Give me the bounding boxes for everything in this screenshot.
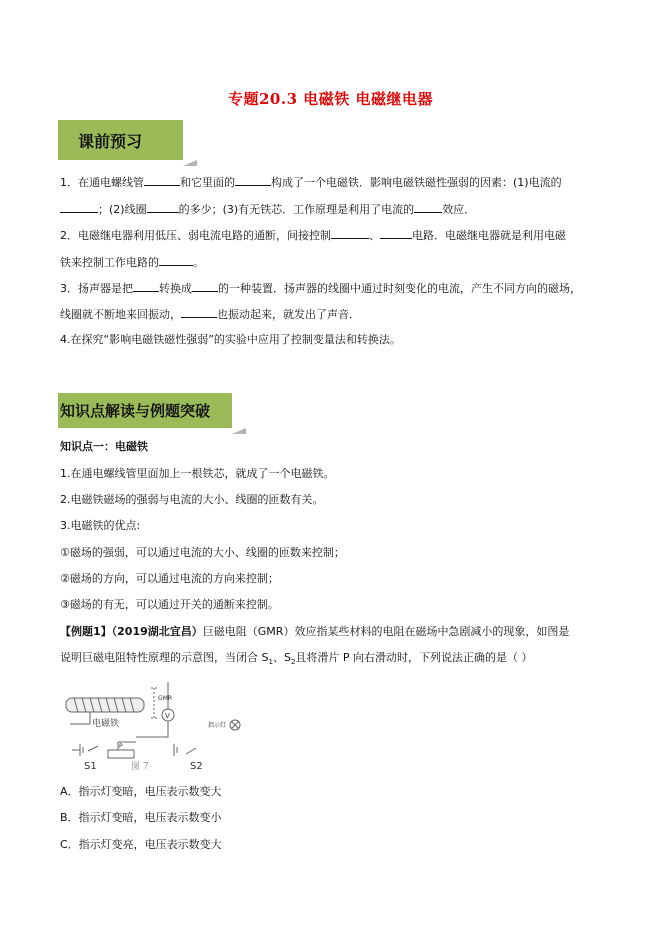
knowledge-line: 1.在通电螺线管里面加上一根铁芯，就成了一个电磁铁。	[60, 467, 335, 481]
knowledge-line: 3.电磁铁的优点:	[60, 519, 140, 533]
banner-label: 知识点解读与例题突破	[60, 400, 210, 421]
knowledge-point-title: 知识点一：电磁铁	[60, 440, 148, 454]
option-b[interactable]: B．指示灯变暗，电压表示数变小	[60, 811, 222, 825]
question-1-line-1: 1．在通电螺线管和它里面的构成了一个电磁铁．影响电磁铁磁性强弱的因素：(1)电流…	[60, 175, 562, 190]
text: 的一种装置．扬声器的线圈中通过时刻变化的电流，产生不同方向的磁场，	[218, 282, 581, 295]
label-s1: S1	[84, 761, 97, 772]
answer-blank[interactable]	[235, 175, 271, 186]
text: 效应．	[442, 203, 475, 216]
label-voltmeter: V	[165, 712, 170, 720]
label-slider: P	[119, 743, 123, 750]
circuit-diagram-icon: 电磁铁 GMR V 指示灯 P S1 图 7 S2	[62, 678, 257, 773]
answer-blank[interactable]	[181, 307, 217, 318]
answer-blank[interactable]	[192, 281, 218, 292]
option-a[interactable]: A．指示灯变暗，电压表示数变大	[60, 785, 222, 799]
answer-blank[interactable]	[414, 202, 442, 213]
answer-blank[interactable]	[144, 175, 180, 186]
question-2-line-1: 2．电磁继电器利用低压、弱电流电路的通断，间接控制、电路．电磁继电器就是利用电磁	[60, 228, 566, 243]
question-2-line-2: 铁来控制工作电路的。	[60, 255, 204, 270]
knowledge-line: ①磁场的强弱，可以通过电流的大小、线圈的匝数来控制；	[60, 546, 345, 560]
circuit-figure: 电磁铁 GMR V 指示灯 P S1 图 7 S2	[62, 678, 257, 773]
text: 铁来控制工作电路的	[60, 256, 159, 269]
banner-label: 课前预习	[78, 129, 142, 152]
text: 、S	[273, 651, 291, 664]
text: 且将滑片 P 向右滑动时，下列说法正确的是（ ）	[295, 651, 532, 664]
example-line-2: 说明巨磁电阻特性原理的示意图，当闭合 S1、S2且将滑片 P 向右滑动时，下列说…	[60, 651, 533, 669]
answer-blank[interactable]	[159, 255, 193, 266]
banner-shadow	[232, 428, 246, 434]
text: 2．电磁继电器利用低压、弱电流电路的通断，间接控制	[60, 229, 331, 242]
text: 、	[369, 229, 380, 242]
answer-blank[interactable]	[133, 281, 159, 292]
question-1-line-2: ；(2)线圈的多少；(3)有无铁芯．工作原理是利用了电流的效应．	[60, 202, 475, 217]
label-magnet: 电磁铁	[92, 717, 119, 729]
text: 巨磁电阻（GMR）效应指某些材料的电阻在磁场中急剧减小的现象，如图是	[203, 625, 570, 638]
section-banner-preview: 课前预习	[58, 120, 183, 160]
label-lamp: 指示灯	[208, 721, 226, 729]
knowledge-line: ②磁场的方向，可以通过电流的方向来控制；	[60, 572, 279, 586]
example-tag: 【例题1】（2019湖北宜昌）	[60, 625, 203, 638]
text: 3．扬声器是把	[60, 282, 133, 295]
text: ；(2)线圈	[98, 203, 147, 216]
question-3-line-2: 线圈就不断地来回振动，也振动起来，就发出了声音．	[60, 307, 360, 322]
example-line-1: 【例题1】（2019湖北宜昌）巨磁电阻（GMR）效应指某些材料的电阻在磁场中急剧…	[60, 625, 569, 639]
answer-blank[interactable]	[380, 228, 412, 239]
question-4: 4.在探究“影响电磁铁磁性强弱”的实验中应用了控制变量法和转换法。	[60, 333, 401, 347]
text: 转换成	[159, 282, 192, 295]
text: 1．在通电螺线管	[60, 176, 144, 189]
text: 说明巨磁电阻特性原理的示意图，当闭合 S	[60, 651, 268, 664]
page-title: 专题20.3 电磁铁 电磁继电器	[0, 88, 661, 109]
question-3-line-1: 3．扬声器是把转换成的一种装置．扬声器的线圈中通过时刻变化的电流，产生不同方向的…	[60, 281, 581, 296]
banner-shadow	[183, 160, 197, 166]
section-banner-knowledge: 知识点解读与例题突破	[58, 393, 232, 428]
option-c[interactable]: C．指示灯变亮，电压表示数变大	[60, 838, 222, 852]
label-figure: 图 7	[131, 761, 149, 772]
text: 的多少；(3)有无铁芯．工作原理是利用了电流的	[179, 203, 415, 216]
label-gmr: GMR	[158, 695, 172, 702]
text: 电路．电磁继电器就是利用电磁	[412, 229, 566, 242]
answer-blank[interactable]	[331, 228, 369, 239]
knowledge-line: 2.电磁铁磁场的强弱与电流的大小、线圈的匝数有关。	[60, 493, 324, 507]
knowledge-line: ③磁场的有无，可以通过开关的通断来控制。	[60, 598, 279, 612]
text: 线圈就不断地来回振动，	[60, 308, 181, 321]
text: 也振动起来，就发出了声音．	[217, 308, 360, 321]
label-s2: S2	[190, 761, 203, 772]
answer-blank[interactable]	[60, 202, 98, 213]
text: 和它里面的	[180, 176, 235, 189]
text: 。	[193, 256, 204, 269]
answer-blank[interactable]	[147, 202, 179, 213]
text: 构成了一个电磁铁．影响电磁铁磁性强弱的因素：(1)电流的	[271, 176, 562, 189]
